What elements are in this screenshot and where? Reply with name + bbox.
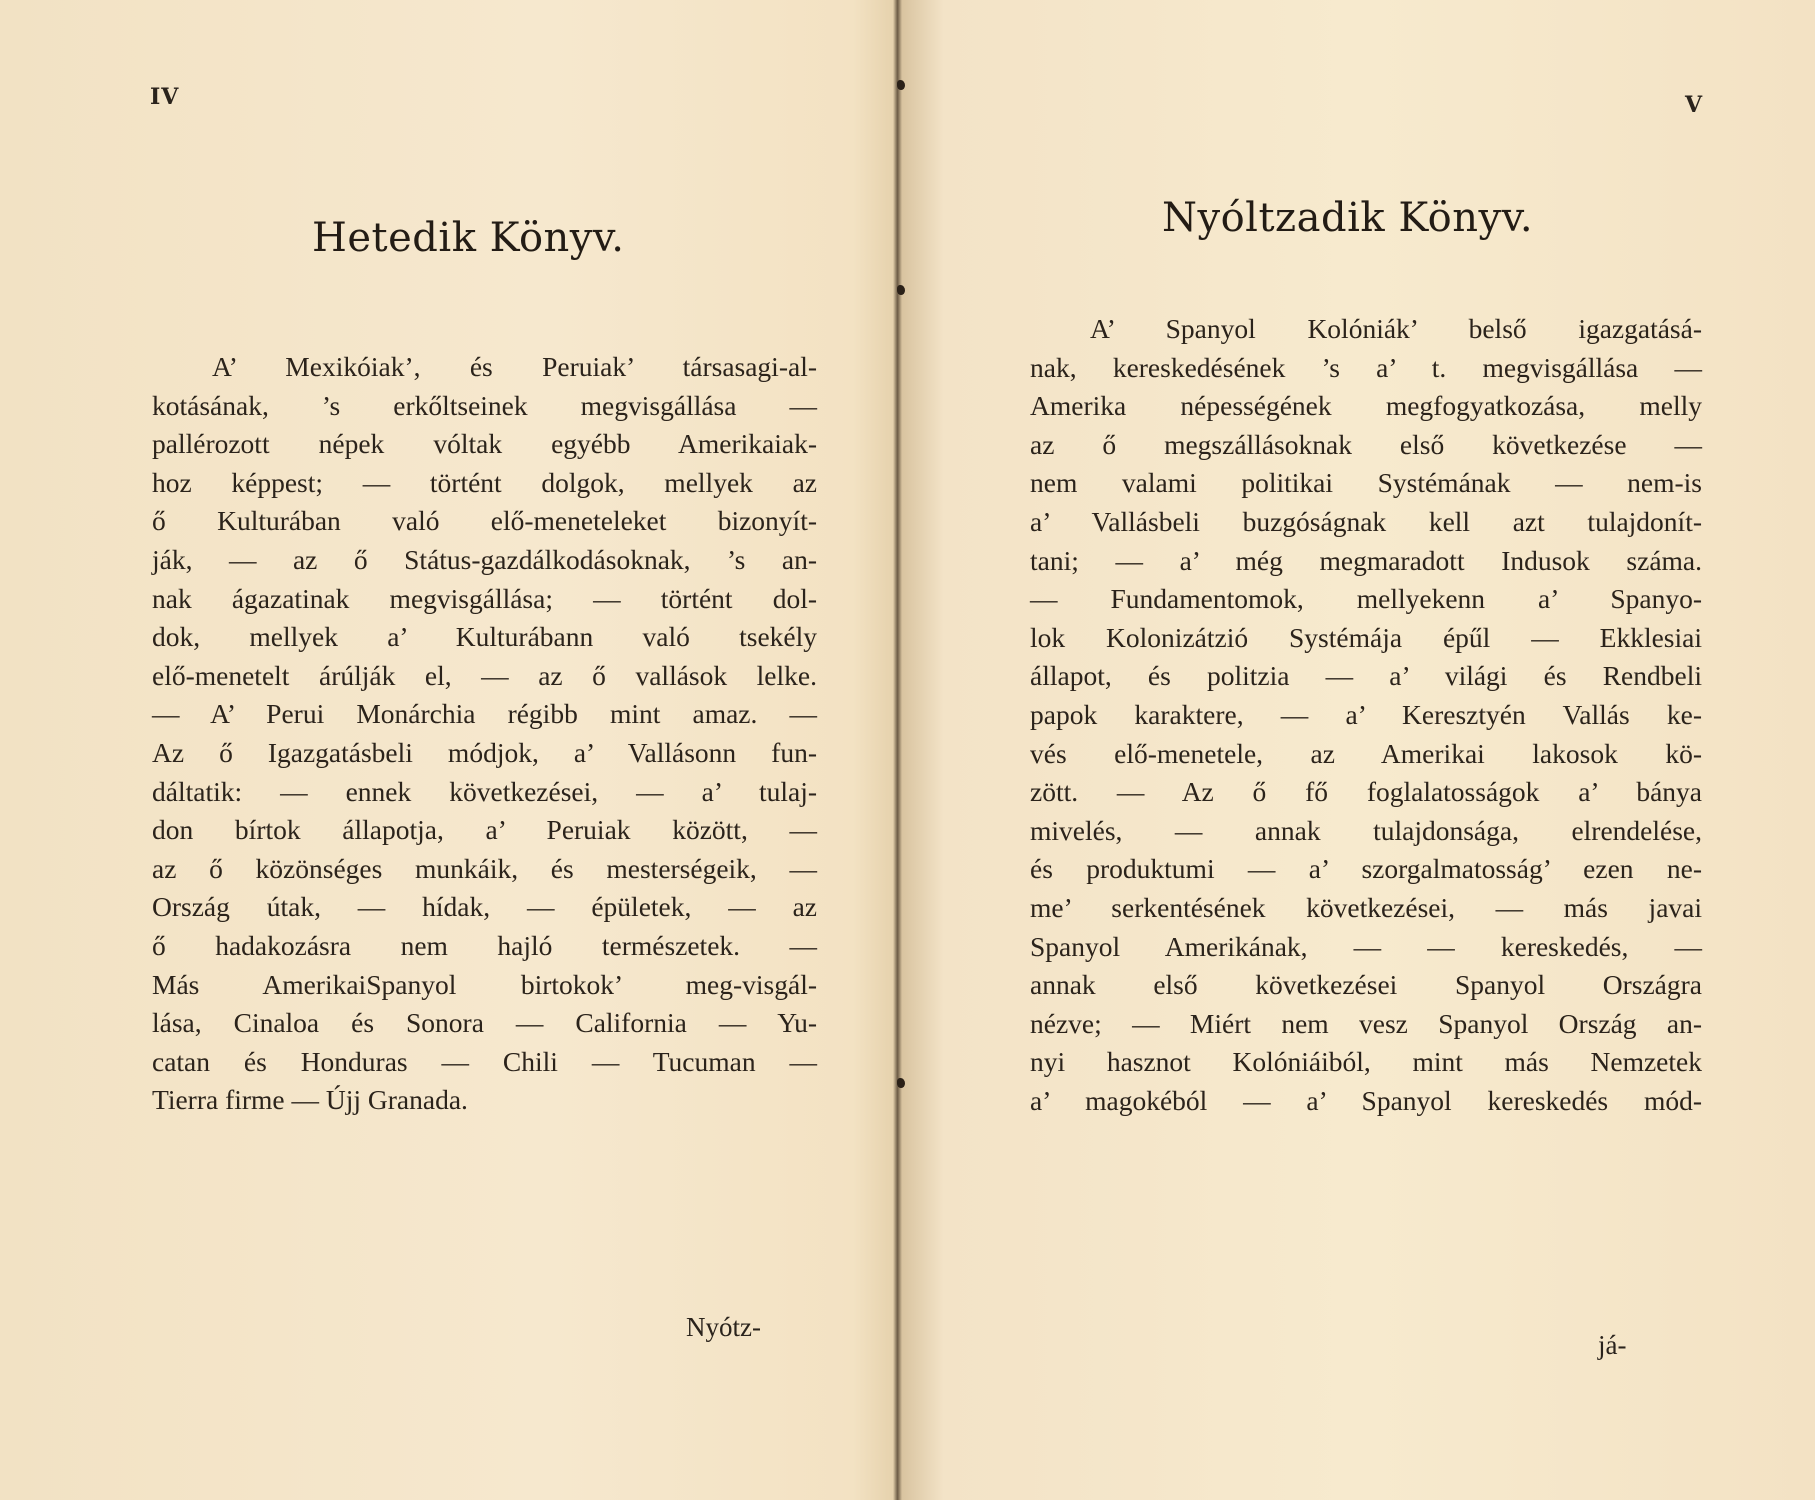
text-line: dok, mellyek a’ Kulturábann való tsekély bbox=[152, 618, 817, 657]
chapter-title: Nyóltzadik Könyv. bbox=[1162, 195, 1533, 241]
text-line: ő Kulturában való elő-meneteleket bizony… bbox=[152, 502, 817, 541]
text-line: lása, Cinaloa és Sonora — California — Y… bbox=[152, 1004, 817, 1043]
text-line: A’ Mexikóiak’, és Peruiak’ társasagi-al- bbox=[152, 348, 817, 387]
text-line: mivelés, — annak tulajdonsága, elrendelé… bbox=[1030, 812, 1702, 851]
text-line: kotásának, ’s erkőltseinek megvisgállása… bbox=[152, 387, 817, 426]
text-line: annak első következései Spanyol Országra bbox=[1030, 966, 1702, 1005]
text-line: vés elő-menetele, az Amerikai lakosok kö… bbox=[1030, 735, 1702, 774]
chapter-summary: A’ Spanyol Kolóniák’ belső igazgatásá- n… bbox=[1030, 310, 1702, 1120]
page-number: V bbox=[1685, 92, 1703, 118]
right-page: V Nyóltzadik Könyv. A’ Spanyol Kolóniák’… bbox=[900, 0, 1815, 1500]
text-line: tani; — a’ még megmaradott Indusok száma… bbox=[1030, 542, 1702, 581]
text-line: — A’ Perui Monárchia régibb mint amaz. — bbox=[152, 695, 817, 734]
catchword: já- bbox=[1598, 1330, 1626, 1361]
text-line: nyi hasznot Kolóniáiból, mint más Nemzet… bbox=[1030, 1043, 1702, 1082]
text-line: catan és Honduras — Chili — Tucuman — bbox=[152, 1043, 817, 1082]
text-line: Ország útak, — hídak, — épületek, — az bbox=[152, 888, 817, 927]
text-line: zött. — Az ő fő foglalatosságok a’ bánya bbox=[1030, 773, 1702, 812]
text-line: nem valami politikai Systémának — nem-is bbox=[1030, 464, 1702, 503]
text-line: állapot, és politzia — a’ világi és Rend… bbox=[1030, 657, 1702, 696]
text-line: ják, — az ő Státus-gazdálkodásoknak, ’s … bbox=[152, 541, 817, 580]
text-line: nézve; — Miért nem vesz Spanyol Ország a… bbox=[1030, 1005, 1702, 1044]
catchword: Nyótz- bbox=[686, 1312, 761, 1343]
chapter-title: Hetedik Könyv. bbox=[312, 215, 624, 261]
text-line: lok Kolonizátzió Systémája épűl — Ekkles… bbox=[1030, 619, 1702, 658]
text-line: a’ magokéból — a’ Spanyol kereskedés mód… bbox=[1030, 1082, 1702, 1121]
chapter-summary: A’ Mexikóiak’, és Peruiak’ társasagi-al-… bbox=[152, 348, 817, 1120]
text-line: me’ serkentésének következései, — más ja… bbox=[1030, 889, 1702, 928]
text-line: A’ Spanyol Kolóniák’ belső igazgatásá- bbox=[1030, 310, 1702, 349]
text-line: pallérozott népek vóltak egyébb Amerikai… bbox=[152, 425, 817, 464]
text-line: az ő megszállásoknak első következése — bbox=[1030, 426, 1702, 465]
text-line: nak, kereskedésének ’s a’ t. megvisgállá… bbox=[1030, 349, 1702, 388]
text-line: a’ Vallásbeli buzgóságnak kell azt tulaj… bbox=[1030, 503, 1702, 542]
text-line: Amerika népességének megfogyatkozása, me… bbox=[1030, 387, 1702, 426]
text-line: papok karaktere, — a’ Keresztyén Vallás … bbox=[1030, 696, 1702, 735]
text-line: don bírtok állapotja, a’ Peruiak között,… bbox=[152, 811, 817, 850]
text-line: nak ágazatinak megvisgállása; — történt … bbox=[152, 580, 817, 619]
book-spread: IV Hetedik Könyv. A’ Mexikóiak’, és Peru… bbox=[0, 0, 1815, 1500]
text-line: elő-menetelt árúlják el, — az ő vallások… bbox=[152, 657, 817, 696]
text-line: ő hadakozásra nem hajló természetek. — bbox=[152, 927, 817, 966]
text-line: hoz képpest; — történt dolgok, mellyek a… bbox=[152, 464, 817, 503]
left-page: IV Hetedik Könyv. A’ Mexikóiak’, és Peru… bbox=[0, 0, 895, 1500]
text-line: dáltatik: — ennek következései, — a’ tul… bbox=[152, 773, 817, 812]
text-line: Spanyol Amerikának, — — kereskedés, — bbox=[1030, 928, 1702, 967]
text-line: — Fundamentomok, mellyekenn a’ Spanyo- bbox=[1030, 580, 1702, 619]
text-line: Tierra firme — Újj Granada. bbox=[152, 1081, 817, 1120]
text-line: Az ő Igazgatásbeli módjok, a’ Vallásonn … bbox=[152, 734, 817, 773]
text-line: Más AmerikaiSpanyol birtokok’ meg-visgál… bbox=[152, 966, 817, 1005]
text-line: és produktumi — a’ szorgalmatosság’ ezen… bbox=[1030, 850, 1702, 889]
page-number: IV bbox=[150, 84, 179, 110]
text-line: az ő közönséges munkáik, és mesterségeik… bbox=[152, 850, 817, 889]
